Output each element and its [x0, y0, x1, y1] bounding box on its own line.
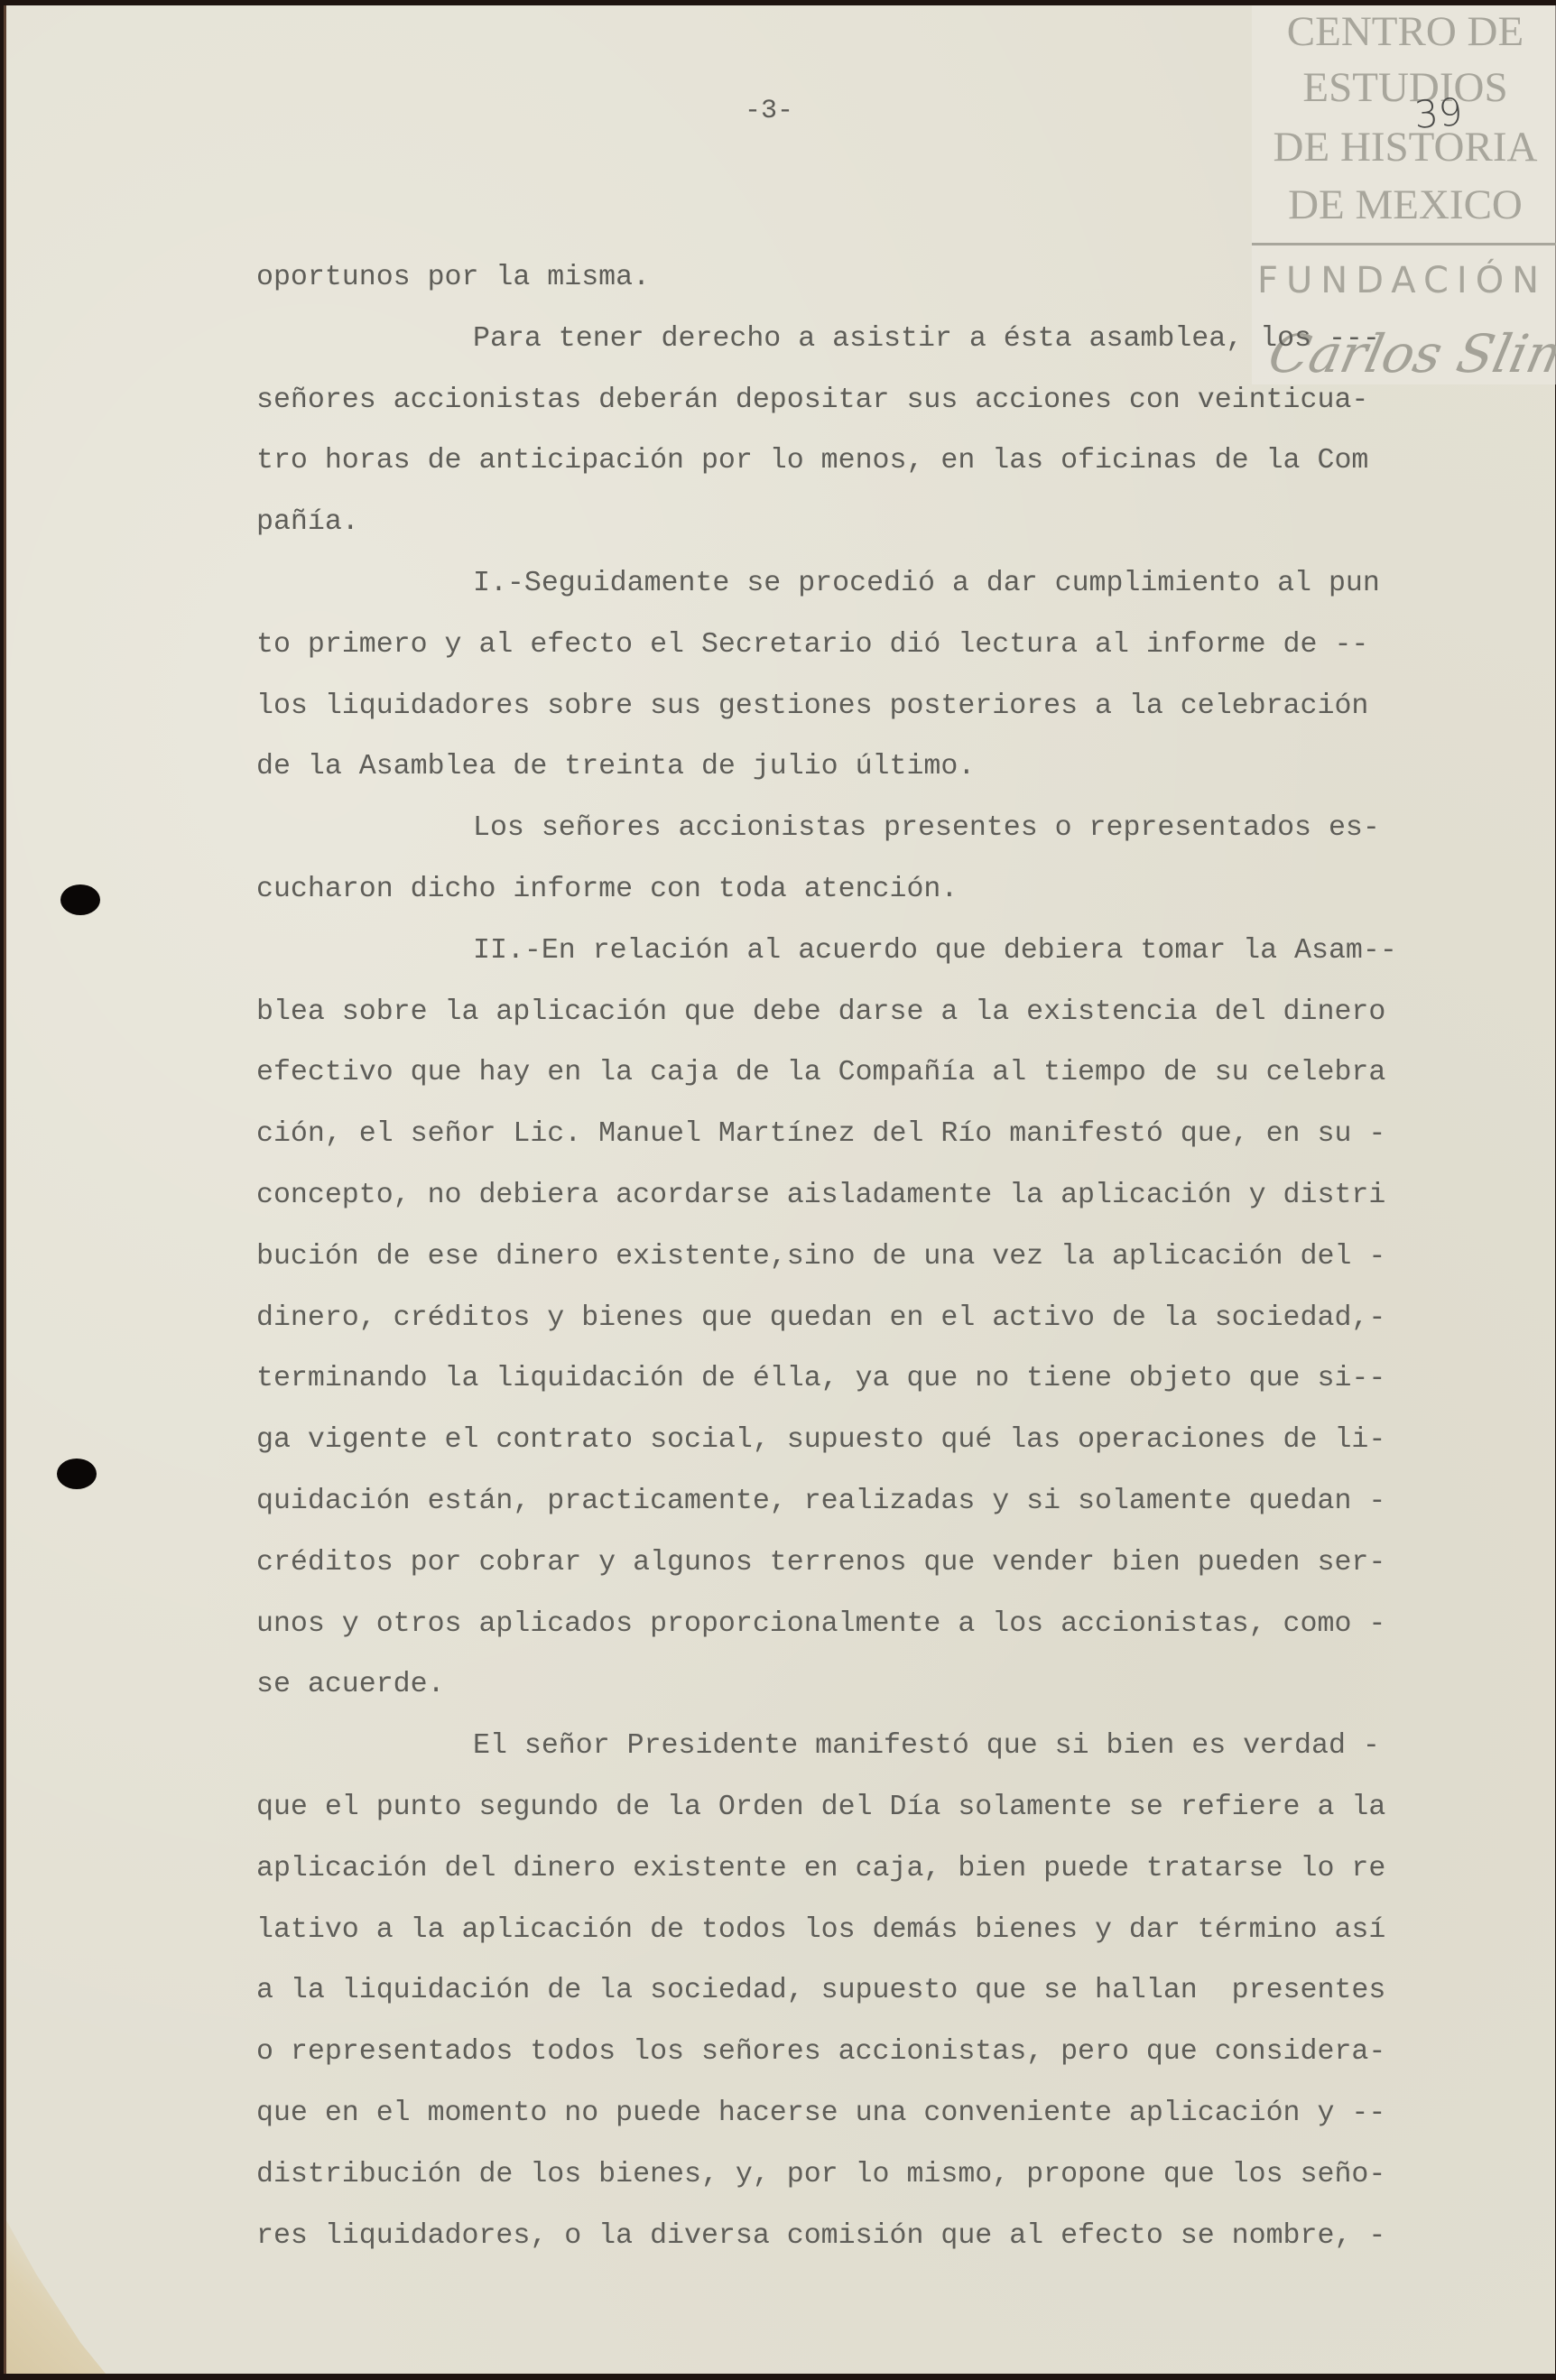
text-line: efectivo que hay en la caja de la Compañ…	[256, 1042, 1466, 1104]
text-line: II.-En relación al acuerdo que debiera t…	[256, 921, 1466, 982]
text-line: créditos por cobrar y algunos terrenos q…	[256, 1533, 1466, 1594]
text-line: se acuerde.	[256, 1654, 1466, 1716]
text-line: bución de ese dinero existente,sino de u…	[256, 1227, 1466, 1288]
stamp-line-4: DE MEXICO	[1252, 181, 1556, 229]
punch-hole-top	[60, 884, 100, 915]
text-line: res liquidadores, o la diversa comisión …	[256, 2206, 1466, 2267]
text-line: oportunos por la misma.	[256, 247, 1466, 309]
stamp-line-2: ESTUDIOS	[1252, 63, 1556, 112]
text-line: de la Asamblea de treinta de julio últim…	[256, 736, 1466, 798]
stamp-line-3: DE HISTORIA	[1252, 123, 1556, 171]
text-line: los liquidadores sobre sus gestiones pos…	[256, 676, 1466, 737]
text-line: blea sobre la aplicación que debe darse …	[256, 982, 1466, 1043]
page-number: -3-	[745, 96, 793, 126]
text-line: dinero, créditos y bienes que quedan en …	[256, 1288, 1466, 1349]
text-line: a la liquidación de la sociedad, supuest…	[256, 1960, 1466, 2022]
text-line: señores accionistas deberán depositar su…	[256, 370, 1466, 431]
text-line: concepto, no debiera acordarse aisladame…	[256, 1165, 1466, 1227]
water-stain	[6, 2220, 106, 2374]
text-line: to primero y al efecto el Secretario dió…	[256, 615, 1466, 676]
text-line: Para tener derecho a asistir a ésta asam…	[256, 309, 1466, 370]
text-line: terminando la liquidación de élla, ya qu…	[256, 1348, 1466, 1410]
text-line: distribución de los bienes, y, por lo mi…	[256, 2144, 1466, 2206]
text-line: o representados todos los señores accion…	[256, 2022, 1466, 2083]
handwritten-folio-number: 39	[1412, 89, 1464, 137]
text-line: unos y otros aplicados proporcionalmente…	[256, 1594, 1466, 1655]
document-page: CENTRO DE ESTUDIOS DE HISTORIA DE MEXICO…	[4, 5, 1555, 2374]
stamp-divider	[1252, 243, 1556, 245]
text-line: ción, el señor Lic. Manuel Martínez del …	[256, 1104, 1466, 1165]
typewritten-body: oportunos por la misma.Para tener derech…	[256, 247, 1466, 2266]
text-line: Los señores accionistas presentes o repr…	[256, 798, 1466, 859]
text-line: El señor Presidente manifestó que si bie…	[256, 1716, 1466, 1777]
text-line: tro horas de anticipación por lo menos, …	[256, 431, 1466, 492]
text-line: que en el momento no puede hacerse una c…	[256, 2083, 1466, 2144]
text-line: I.-Seguidamente se procedió a dar cumpli…	[256, 553, 1466, 615]
text-line: quidación están, practicamente, realizad…	[256, 1471, 1466, 1533]
text-line: pañía.	[256, 492, 1466, 553]
text-line: ga vigente el contrato social, supuesto …	[256, 1410, 1466, 1471]
text-line: aplicación del dinero existente en caja,…	[256, 1838, 1466, 1900]
text-line: lativo a la aplicación de todos los demá…	[256, 1900, 1466, 1961]
punch-hole-bottom	[57, 1459, 97, 1489]
text-line: que el punto segundo de la Orden del Día…	[256, 1777, 1466, 1838]
stamp-line-1: CENTRO DE	[1252, 7, 1556, 56]
text-line: cucharon dicho informe con toda atención…	[256, 859, 1466, 921]
